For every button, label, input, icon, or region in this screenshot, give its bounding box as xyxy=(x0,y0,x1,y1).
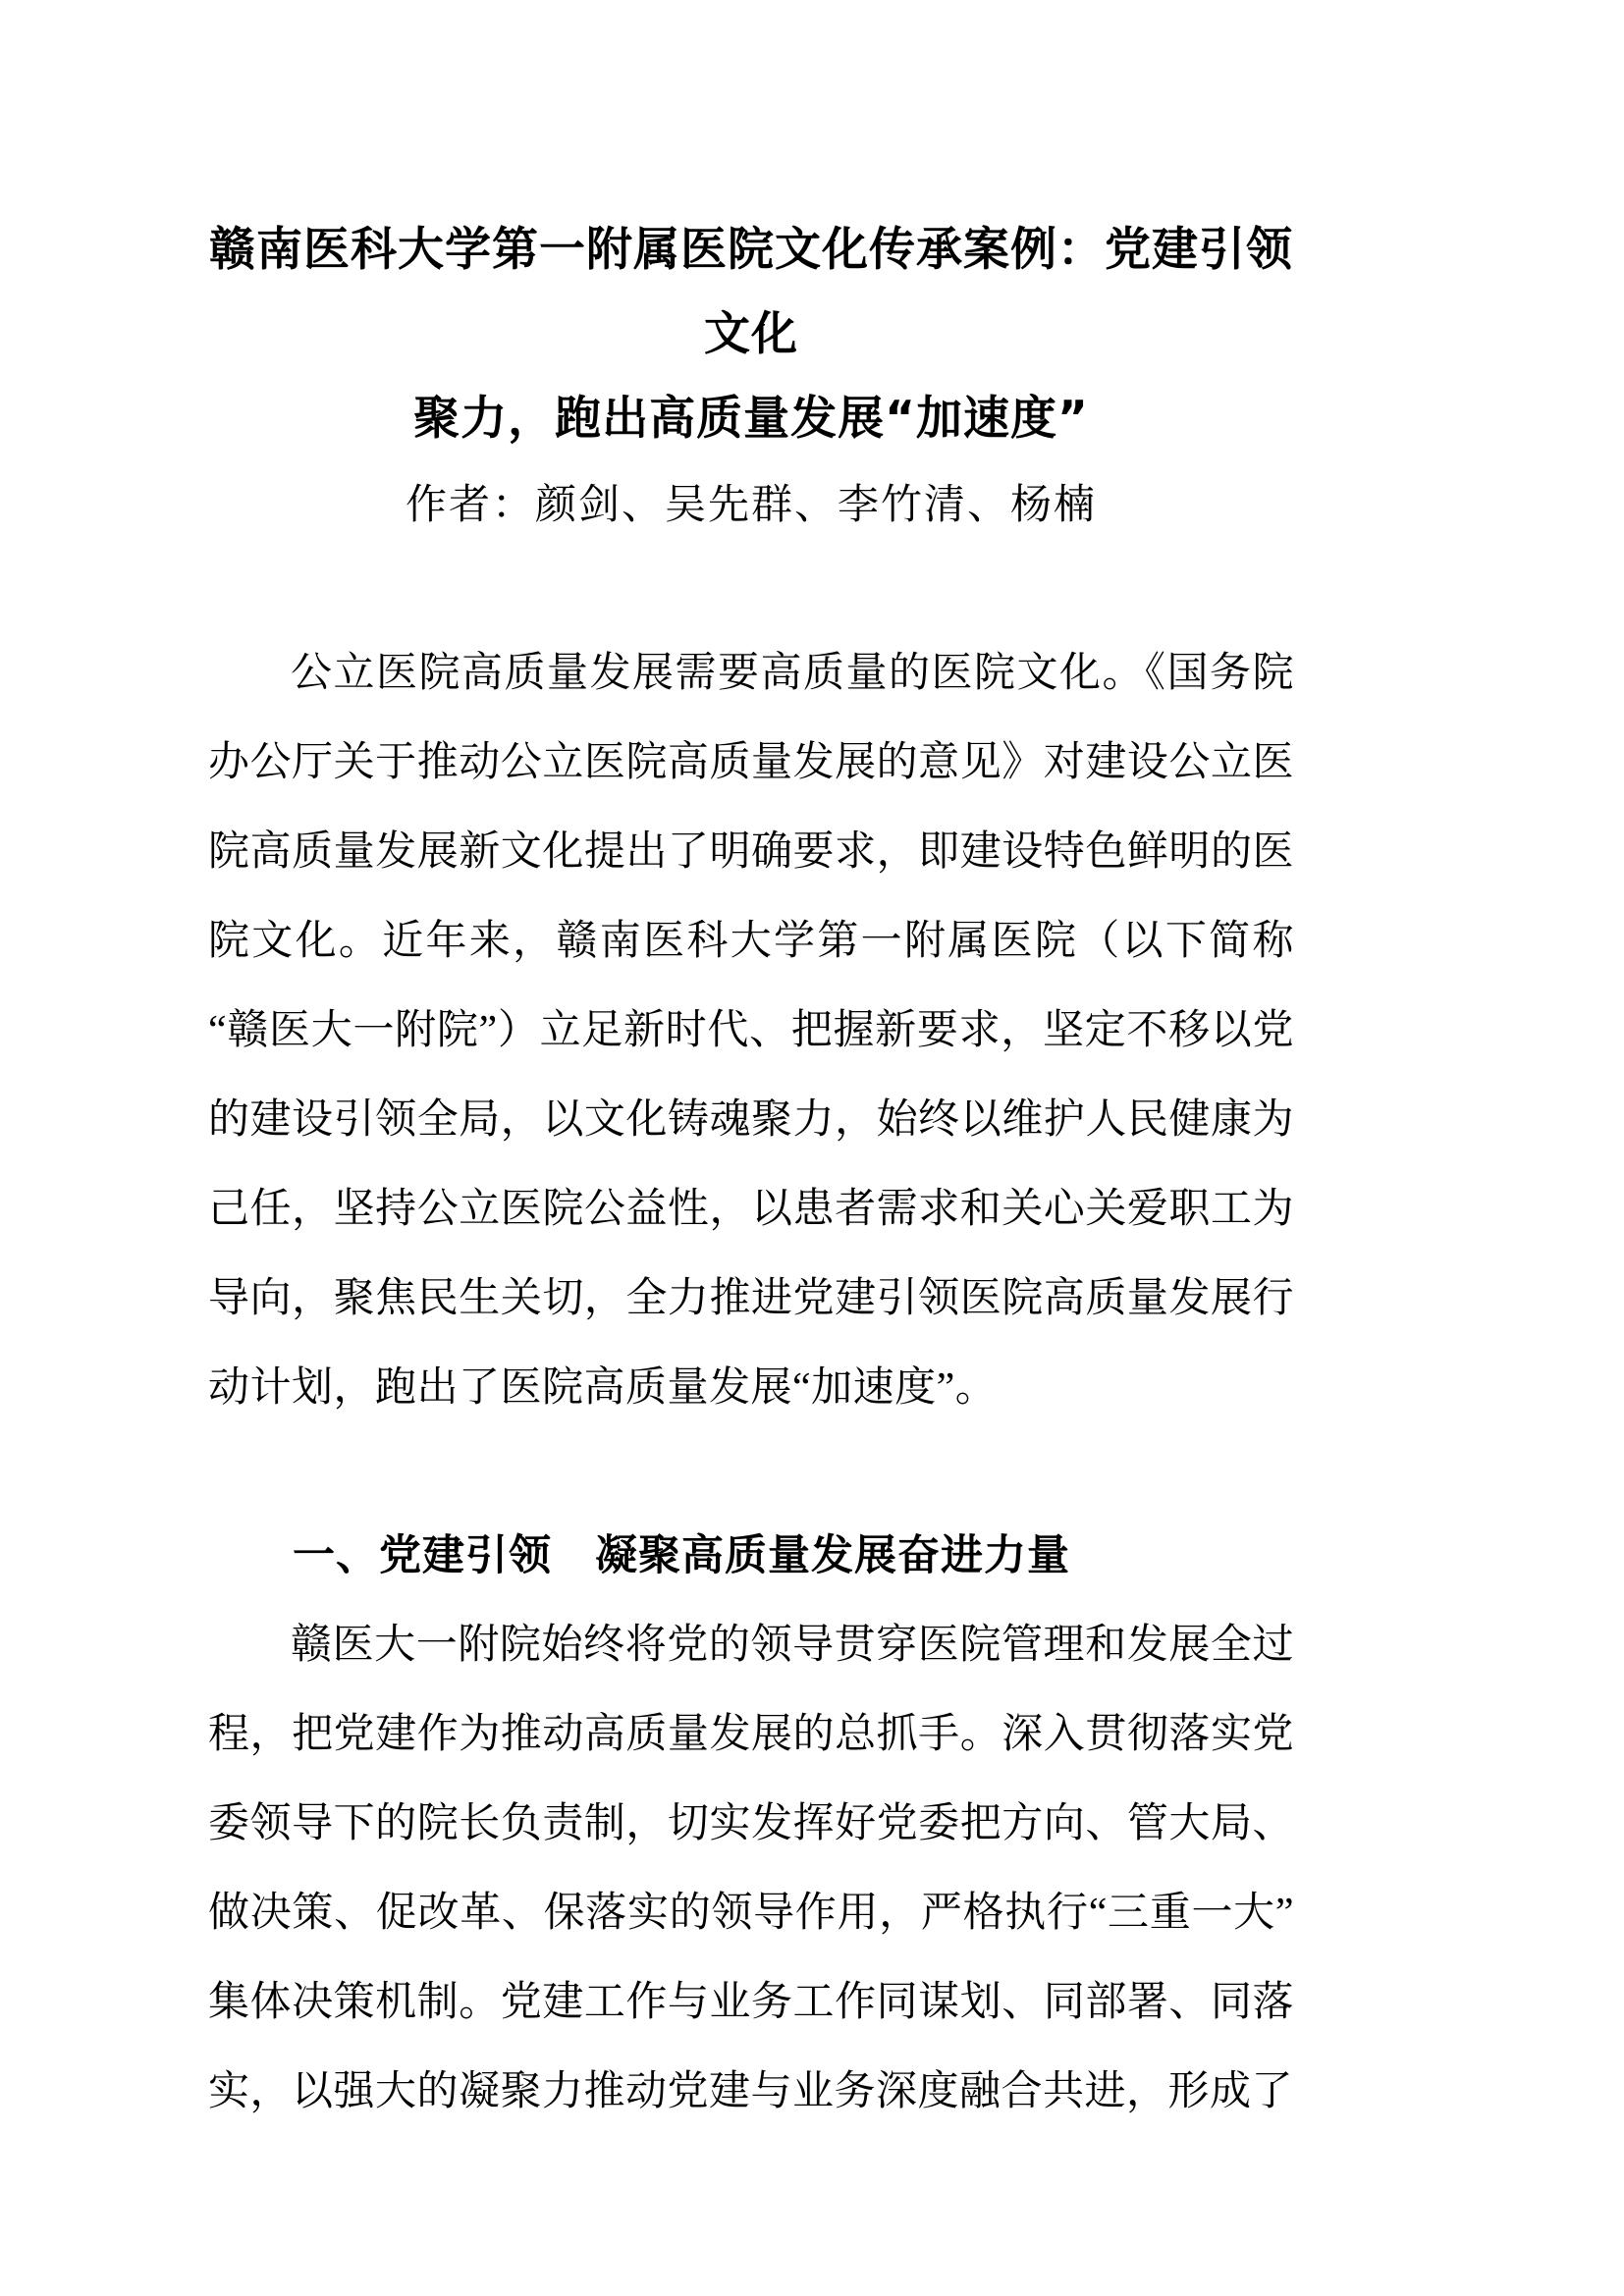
title-line-1: 赣南医科大学第一附属医院文化传承案例：党建引领 文化 xyxy=(208,208,1294,377)
document-title: 赣南医科大学第一附属医院文化传承案例：党建引领 文化 聚力，跑出高质量发展“加速… xyxy=(208,208,1294,461)
paragraph-section-1: 赣医大一附院始终将党的领导贯穿医院管理和发展全过程，把党建作为推动高质量发展的总… xyxy=(208,1601,1294,2137)
paragraph-intro: 公立医院高质量发展需要高质量的医院文化。《国务院办公厅关于推动公立医院高质量发展… xyxy=(208,629,1294,1433)
section-heading-1: 一、党建引领 凝聚高质量发展奋进力量 xyxy=(208,1512,1294,1601)
title-line-2: 聚力，跑出高质量发展“加速度” xyxy=(208,377,1294,461)
document-page: 赣南医科大学第一附属医院文化传承案例：党建引领 文化 聚力，跑出高质量发展“加速… xyxy=(0,0,1624,2296)
author-line: 作者：颜剑、吴先群、李竹清、杨楠 xyxy=(208,467,1294,544)
